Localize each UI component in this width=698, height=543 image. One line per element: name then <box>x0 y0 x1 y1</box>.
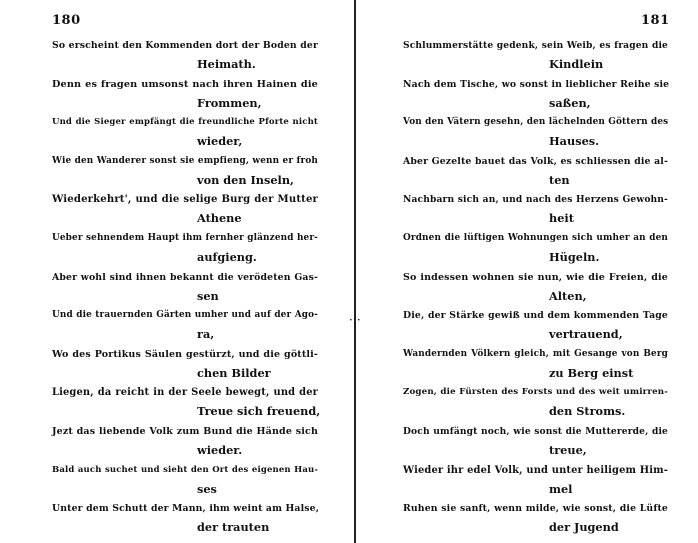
verse: Wiederkehrt', und die selige Burg der Mu… <box>52 190 318 229</box>
left-page-text: So erscheint den Kommenden dort der Bode… <box>52 36 318 538</box>
verse: Denn es fragen umsonst nach ihren Hainen… <box>52 75 318 114</box>
verse: Ordnen die lüftigen Wohnungen sich umher… <box>403 229 668 268</box>
verse: Wo des Portikus Säulen gestürzt, und die… <box>52 345 318 384</box>
verse-continuation: Heimath. <box>52 55 318 74</box>
verse-line: Jezt das liebende Volk zum Bund die Händ… <box>52 422 318 441</box>
verse: Aber wohl sind ihnen bekannt die verödet… <box>52 268 318 307</box>
verse: Die, der Stärke gewiß und dem kommenden … <box>403 306 668 345</box>
verse-continuation: sen <box>52 287 318 306</box>
verse: Bald auch suchet und sieht den Ort des e… <box>52 461 318 500</box>
verse: Wandernden Völkern gleich, mit Gesange v… <box>403 345 668 384</box>
right-page: 181 Schlummerstätte gedenk, sein Weib, e… <box>357 0 698 543</box>
verse-line: Zogen, die Fürsten des Forsts und des we… <box>403 383 668 402</box>
verse-line: Denn es fragen umsonst nach ihren Hainen… <box>52 75 318 94</box>
verse-continuation: ra, <box>52 325 318 344</box>
verse-line: Liegen, da reicht in der Seele bewegt, u… <box>52 383 318 402</box>
verse: Liegen, da reicht in der Seele bewegt, u… <box>52 383 318 422</box>
verse-continuation: vertrauend, <box>403 325 668 344</box>
verse-continuation: Alten, <box>403 287 668 306</box>
verse: Ueber sehnendem Haupt ihm fernher glänze… <box>52 229 318 268</box>
verse-continuation: aufgieng. <box>52 248 318 267</box>
verse-continuation: der trauten <box>52 518 318 537</box>
verse: Aber Gezelte bauet das Volk, es schliess… <box>403 152 668 191</box>
verse-line: Und die trauernden Gärten umher und auf … <box>52 306 318 325</box>
verse-continuation: Kindlein <box>403 55 668 74</box>
verse-continuation: chen Bilder <box>52 364 318 383</box>
verse: Jezt das liebende Volk zum Bund die Händ… <box>52 422 318 461</box>
verse-continuation: zu Berg einst <box>403 364 668 383</box>
verse-continuation: von den Inseln, <box>52 171 318 190</box>
verse-line: Aber Gezelte bauet das Volk, es schliess… <box>403 152 668 171</box>
verse: Schlummerstätte gedenk, sein Weib, es fr… <box>403 36 668 75</box>
verse-line: Ordnen die lüftigen Wohnungen sich umher… <box>403 229 668 248</box>
verse-continuation: Treue sich freuend, <box>52 402 318 421</box>
verse: Nach dem Tische, wo sonst in lieblicher … <box>403 75 668 114</box>
verse: So indessen wohnen sie nun, wie die Frei… <box>403 268 668 307</box>
verse: So erscheint den Kommenden dort der Bode… <box>52 36 318 75</box>
page-number-right: 181 <box>641 13 670 28</box>
verse: Von den Vätern gesehn, den lächelnden Gö… <box>403 113 668 152</box>
verse-line: So indessen wohnen sie nun, wie die Frei… <box>403 268 668 287</box>
book-gutter <box>354 0 356 543</box>
right-page-text: Schlummerstätte gedenk, sein Weib, es fr… <box>403 36 668 538</box>
verse-continuation: mel <box>403 480 668 499</box>
verse-continuation: Hügeln. <box>403 248 668 267</box>
verse-continuation: den Stroms. <box>403 402 668 421</box>
verse-continuation: wieder. <box>52 441 318 460</box>
verse-line: Wiederkehrt', und die selige Burg der Mu… <box>52 190 318 209</box>
verse: Doch umfängt noch, wie sonst die Muttere… <box>403 422 668 461</box>
verse: Und die Sieger empfängt die freundliche … <box>52 113 318 152</box>
verse-line: Schlummerstätte gedenk, sein Weib, es fr… <box>403 36 668 55</box>
verse-continuation: Hauses. <box>403 132 668 151</box>
left-page: 180 So erscheint den Kommenden dort der … <box>0 0 354 543</box>
verse: Ruhen sie sanft, wenn milde, wie sonst, … <box>403 499 668 538</box>
verse-line: Wieder ihr edel Volk, und unter heiligem… <box>403 461 668 480</box>
verse: Unter dem Schutt der Mann, ihm weint am … <box>52 499 318 538</box>
verse-continuation: Frommen, <box>52 94 318 113</box>
verse-line: Aber wohl sind ihnen bekannt die verödet… <box>52 268 318 287</box>
verse-line: Nachbarn sich an, und nach des Herzens G… <box>403 190 668 209</box>
verse-line: So erscheint den Kommenden dort der Bode… <box>52 36 318 55</box>
verse-line: Nach dem Tische, wo sonst in lieblicher … <box>403 75 668 94</box>
verse-line: Bald auch suchet und sieht den Ort des e… <box>52 461 318 480</box>
verse-line: Wo des Portikus Säulen gestürzt, und die… <box>52 345 318 364</box>
verse-line: Ueber sehnendem Haupt ihm fernher glänze… <box>52 229 318 248</box>
verse-line: Die, der Stärke gewiß und dem kommenden … <box>403 306 668 325</box>
verse-continuation: wieder, <box>52 132 318 151</box>
verse: Zogen, die Fürsten des Forsts und des we… <box>403 383 668 422</box>
verse-continuation: ses <box>52 480 318 499</box>
verse-line: Und die Sieger empfängt die freundliche … <box>52 113 318 132</box>
verse-line: Wandernden Völkern gleich, mit Gesange v… <box>403 345 668 364</box>
page-number-left: 180 <box>52 13 81 28</box>
verse-line: Unter dem Schutt der Mann, ihm weint am … <box>52 499 318 518</box>
verse-continuation: heit <box>403 209 668 228</box>
verse-continuation: der Jugend <box>403 518 668 537</box>
verse: Nachbarn sich an, und nach des Herzens G… <box>403 190 668 229</box>
verse-continuation: treue, <box>403 441 668 460</box>
verse-continuation: Athene <box>52 209 318 228</box>
verse-line: Doch umfängt noch, wie sonst die Muttere… <box>403 422 668 441</box>
verse: Und die trauernden Gärten umher und auf … <box>52 306 318 345</box>
verse-line: Wie den Wanderer sonst sie empfieng, wen… <box>52 152 318 171</box>
verse-line: Von den Vätern gesehn, den lächelnden Gö… <box>403 113 668 132</box>
verse-continuation: ten <box>403 171 668 190</box>
verse: Wieder ihr edel Volk, und unter heiligem… <box>403 461 668 500</box>
verse-line: Ruhen sie sanft, wenn milde, wie sonst, … <box>403 499 668 518</box>
verse: Wie den Wanderer sonst sie empfieng, wen… <box>52 152 318 191</box>
verse-continuation: saßen, <box>403 94 668 113</box>
